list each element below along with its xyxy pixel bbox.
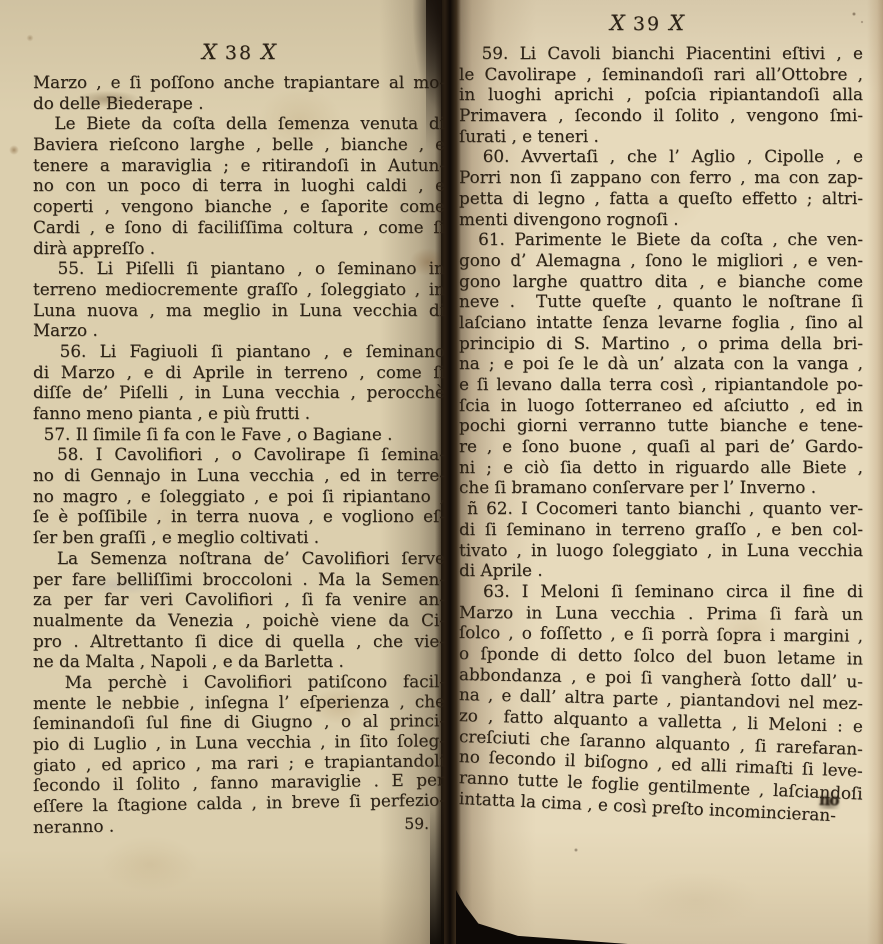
- page-38-text-column: Marzo , e ſi poſſono anche trapiantare a…: [33, 72, 445, 837]
- text-line: pro . Altrettanto ſi dice di quella , ch…: [33, 631, 445, 652]
- text-line: tivato , in luogo ſoleggiato , in Luna v…: [459, 540, 863, 561]
- text-line: di Marzo , e di Aprile in terreno , come…: [33, 362, 445, 383]
- text-line: in luoghi aprichi , poſcia ripiantandoſi…: [459, 84, 863, 105]
- text-line: diſſe de’ Piſelli , in Luna vecchia , pe…: [33, 382, 445, 403]
- text-line: na ; e poi ſe le dà un’ alzata con la va…: [459, 353, 863, 374]
- text-line: Ma perchè i Cavolifiori patiſcono facil-: [33, 671, 445, 693]
- text-line: per fare belliſſimi broccoloni . Ma la S…: [33, 569, 445, 590]
- text-line: Luna nuova , ma meglio in Luna vecchia d…: [33, 300, 445, 321]
- catchword-right: no: [459, 790, 841, 809]
- text-line: fanno meno pianta , e più frutti .: [33, 403, 445, 424]
- text-line: Baviera rieſcono larghe , belle , bianch…: [33, 134, 445, 155]
- text-line: ñ 62. I Cocomeri tanto bianchi , quanto …: [459, 498, 863, 519]
- text-line: ſcia in luogo ſotterraneo ed aſciutto , …: [459, 395, 863, 416]
- text-line: di Aprile .: [459, 560, 863, 581]
- text-line: coperti , vengono bianche , e ſaporite c…: [33, 196, 445, 217]
- page-39-text-column: 59. Li Cavoli bianchi Piacentini eſtivi …: [459, 43, 863, 808]
- text-line: terreno mediocremente graſſo , ſoleggiat…: [33, 279, 445, 300]
- text-line: Primavera , ſecondo il ſolito , vengono …: [459, 105, 863, 126]
- text-line: 58. I Cavolifiori , o Cavolirape ſi ſemi…: [33, 444, 445, 465]
- text-line: Marzo , e ſi poſſono anche trapiantare a…: [33, 72, 445, 93]
- text-line: 63. I Meloni ſi ſeminano circa il fine d…: [459, 581, 863, 602]
- text-line: nualmente da Venezia , poichè viene da C…: [33, 610, 445, 631]
- text-line: 60. Avvertaſi , che l’ Aglio , Cipolle ,…: [459, 146, 863, 167]
- text-line: Le Biete da coſta della ſemenza venuta d…: [33, 113, 445, 134]
- text-line: ſe è poſſibile , in terra nuova , e vogl…: [33, 506, 445, 527]
- text-line: Porri non ſi zappano con ferro , ma con …: [459, 167, 863, 188]
- text-line: laſciano intatte ſenza levarne foglia , …: [459, 312, 863, 333]
- header-ornament-icon: X: [610, 11, 625, 35]
- text-line: gono d’ Alemagna , ſono le migliori , e …: [459, 250, 863, 271]
- text-line: 55. Li Piſelli ſi piantano , o ſeminano …: [33, 258, 445, 279]
- text-line: re , e ſono buone , quaſi al pari de’ Ga…: [459, 436, 863, 457]
- text-line: menti divengono rognoſi .: [459, 209, 863, 230]
- text-line: e ſi levano dalla terra così , ripiantan…: [459, 374, 863, 395]
- page-38-header: X 38 X: [33, 40, 445, 64]
- text-line: do delle Biederape .: [33, 93, 445, 114]
- text-line: petta di legno , fatta a queſto effetto …: [459, 188, 863, 209]
- text-line: ni ; e ciò ſia detto in riguardo alle Bi…: [459, 457, 863, 478]
- text-line: neve . Tutte queſte , quanto le noſtrane…: [459, 291, 863, 312]
- text-line: Marzo .: [33, 320, 445, 341]
- header-ornament-icon: X: [202, 40, 217, 64]
- text-line: ſer ben graſſi , e meglio coltivati .: [33, 527, 445, 548]
- text-line: Marzo in Luna vecchia . Prima ſi farà un: [459, 602, 863, 625]
- text-line: le Cavolirape , ſeminandoſi rari all’Ott…: [459, 64, 863, 85]
- text-line: dirà appreſſo .: [33, 238, 445, 259]
- text-line: ne da Malta , Napoli , e da Barletta .: [33, 651, 445, 672]
- page-number-38: 38: [225, 42, 253, 64]
- text-line: no magro , e ſoleggiato , e poi ſi ripia…: [33, 486, 445, 507]
- text-line: che ſi bramano conſervare per l’ Inverno…: [459, 477, 863, 498]
- header-ornament-icon: X: [669, 11, 684, 35]
- text-line: za per far veri Cavolifiori , ſi fa veni…: [33, 589, 445, 610]
- text-line: principio di S. Martino , o prima della …: [459, 333, 863, 354]
- book-scan: X 38 X X 39 X Marzo , e ſi poſſono anche…: [0, 0, 883, 944]
- header-ornament-icon: X: [261, 40, 276, 64]
- catchword-left: 59.: [33, 815, 431, 833]
- page-number-39: 39: [633, 13, 661, 35]
- text-line: 56. Li Fagiuoli ſi piantano , e ſeminano: [33, 341, 445, 362]
- text-line: no con un poco di terra in luoghi caldi …: [33, 175, 445, 196]
- text-line: 61. Parimente le Biete da coſta , che ve…: [459, 229, 863, 250]
- text-line: pochi giorni verranno tutte bianche e te…: [459, 415, 863, 436]
- binding-gutter-shadow: [435, 0, 461, 944]
- page-39-header: X 39 X: [445, 11, 849, 35]
- text-line: no di Gennajo in Luna vecchia , ed in te…: [33, 465, 445, 486]
- text-line: Cardi , e ſono di faciliſſima coltura , …: [33, 217, 445, 238]
- text-line: tenere a maraviglia ; e ritirandoſi in A…: [33, 155, 445, 176]
- text-line: gono larghe quattro dita , e bianche com…: [459, 271, 863, 292]
- text-line: ſurati , e teneri .: [459, 126, 863, 147]
- text-line: La Semenza noſtrana de’ Cavolifiori ſerv…: [33, 548, 445, 569]
- smudged-catchword: no: [817, 790, 841, 810]
- text-line: di ſi ſeminano in terreno graſſo , e ben…: [459, 519, 863, 540]
- text-line: 57. Il ſimile ſi fa con le Fave , o Bagi…: [33, 424, 445, 445]
- text-line: 59. Li Cavoli bianchi Piacentini eſtivi …: [459, 43, 863, 64]
